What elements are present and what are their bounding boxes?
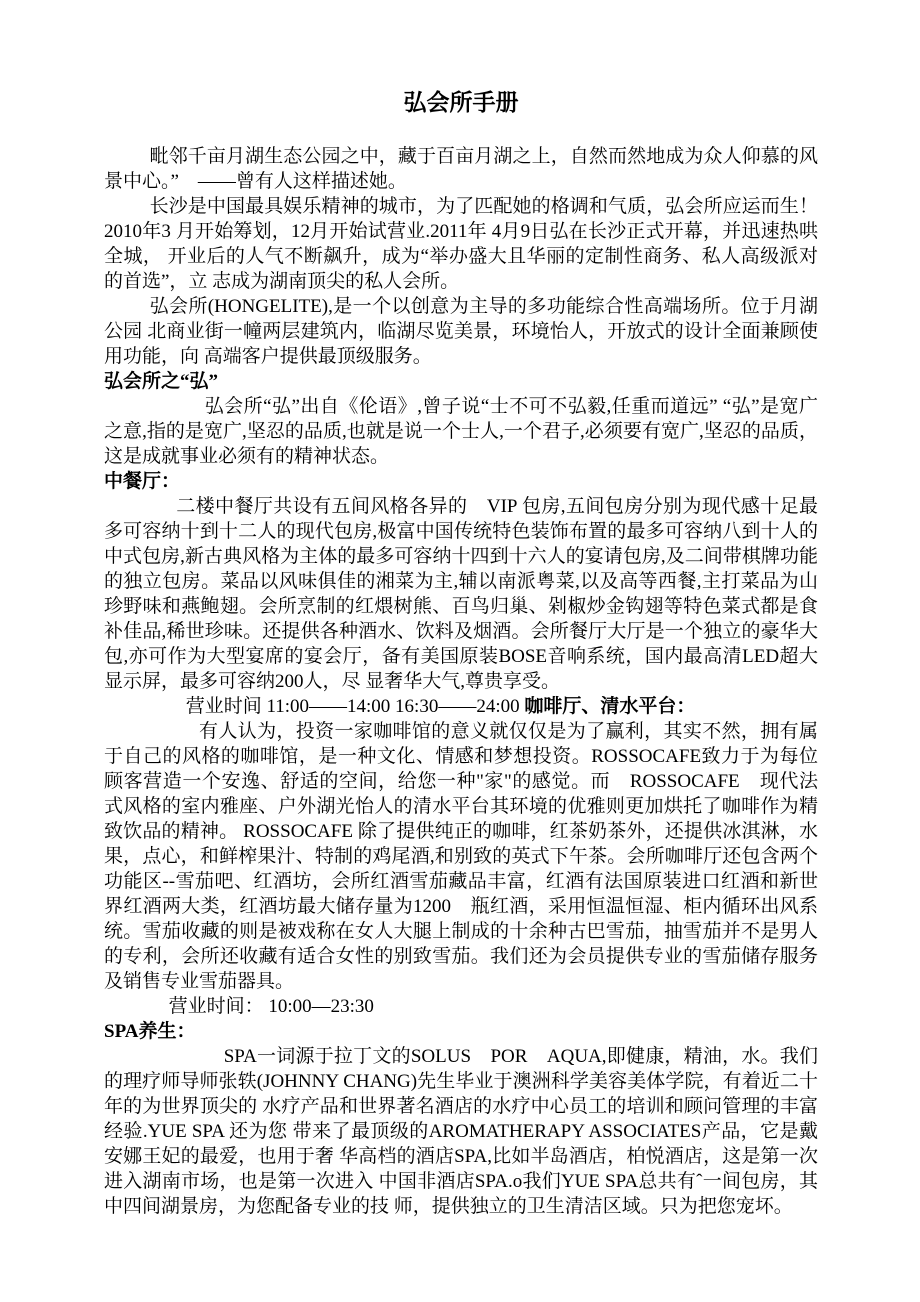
section-heading-restaurant: 中餐厅： [104,469,818,494]
section-heading-hong: 弘会所之“弘” [104,369,818,394]
paragraph-cafe: 有人认为，投资一家咖啡馆的意义就仅仅是为了赢利，其实不然，拥有属于自己的风格的咖… [104,719,818,994]
business-hours-line-restaurant: 营业时间 11:00——14:00 16:30——24:00 咖啡厅、清水平台： [104,694,818,719]
section-heading-cafe-inline: 咖啡厅、清水平台： [524,696,695,717]
business-hours-line-cafe: 营业时间： 10:00—23:30 [104,994,818,1019]
paragraph-intro-1: 毗邻千亩月湖生态公园之中，藏于百亩月湖之上，自然而然地成为众人仰慕的风景中心。”… [104,144,818,194]
business-hours-text: 营业时间 11:00——14:00 16:30——24:00 [186,696,525,717]
paragraph-intro-2: 长沙是中国最具娱乐精神的城市，为了匹配她的格调和气质，弘会所应运而生！ 2010… [104,194,818,294]
section-heading-spa: SPA养生： [104,1019,818,1044]
paragraph-spa: SPA一词源于拉丁文的SOLUS POR AQUA,即健康，精油，水。我们的理疗… [104,1044,818,1219]
paragraph-restaurant: 二楼中餐厅共设有五间风格各异的 VIP 包房,五间包房分别为现代感十足最多可容纳… [104,494,818,694]
paragraph-hong: 弘会所“弘”出自《伦语》,曾子说“士不可不弘毅,任重而道远” “弘”是宽广之意,… [104,394,818,469]
paragraph-intro-3: 弘会所(HONGELITE),是一个以创意为主导的多功能综合性高端场所。位于月湖… [104,294,818,369]
document-title: 弘会所手册 [104,88,818,118]
document-page: 弘会所手册 毗邻千亩月湖生态公园之中，藏于百亩月湖之上，自然而然地成为众人仰慕的… [104,88,818,1219]
